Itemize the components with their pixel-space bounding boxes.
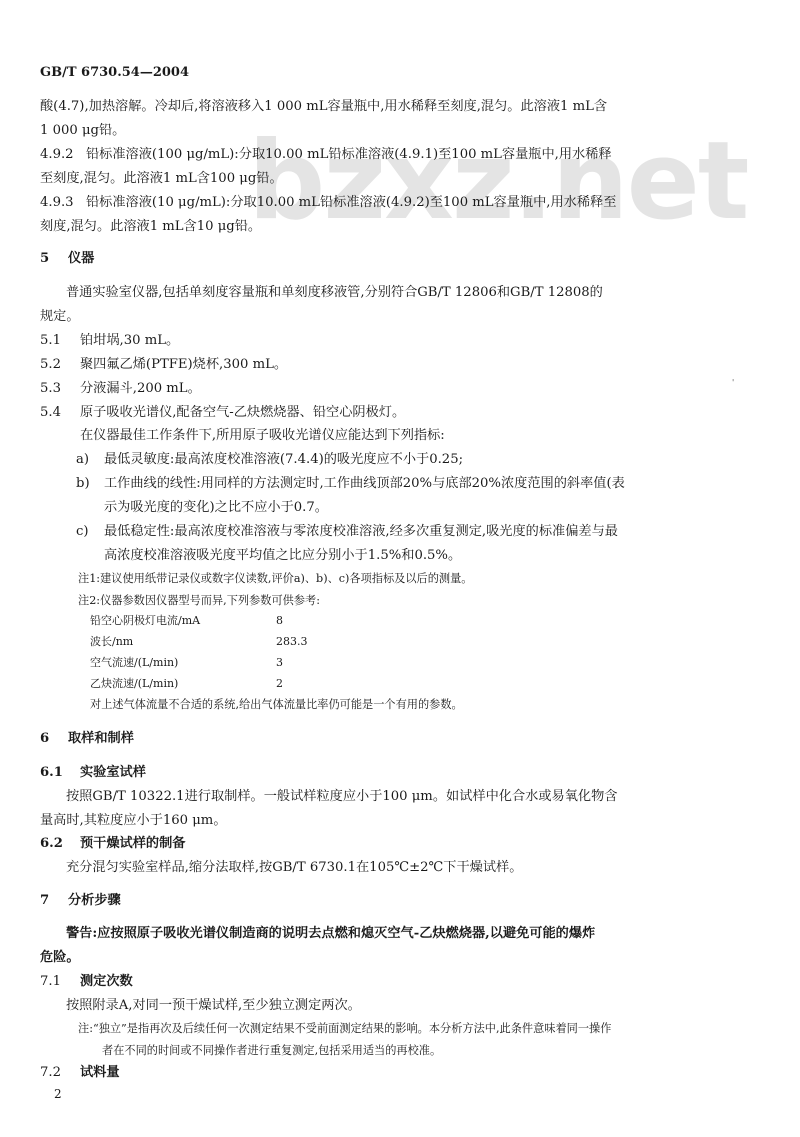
param-name: 铅空心阴极灯电流/mA	[90, 612, 200, 630]
instrument-params-table: 铅空心阴极灯电流/mA 8 波长/nm 283.3 空气流速/(L/min) 3…	[90, 612, 350, 702]
param-row: 空气流速/(L/min) 3	[90, 654, 350, 672]
section-title: 分析步骤	[68, 893, 121, 908]
clause-text: 铂坩埚,30 mL。	[80, 333, 179, 348]
criterion-text: 最低灵敏度:最高浓度校准溶液(7.4.4)的吸光度应不小于0.25;	[104, 452, 463, 467]
para-4-9-1-cont-line1: 酸(4.7),加热溶解。冷却后,将溶液移入1 000 mL容量瓶中,用水稀释至刻…	[40, 98, 607, 116]
clause-4-9-3-line2: 刻度,混匀。此溶液1 mL含10 μg铅。	[40, 218, 261, 236]
clause-text: 铅标准溶液(100 μg/mL):分取10.00 mL铅标准溶液(4.9.1)至…	[86, 147, 612, 162]
clause-5-4: 5.4原子吸收光谱仪,配备空气-乙炔燃烧器、铅空心阴极灯。	[40, 404, 405, 422]
clause-title: 预干燥试样的制备	[80, 836, 186, 851]
clause-number: 7.1	[40, 973, 80, 991]
section-number: 7	[40, 892, 68, 910]
clause-title: 试料量	[80, 1065, 120, 1080]
clause-7-1-line1: 按照附录A,对同一预干燥试样,至少独立测定两次。	[66, 997, 361, 1015]
param-value: 8	[276, 612, 283, 630]
clause-7-1-note-line2: 者在不同的时间或不同操作者进行重复测定,包括采用适当的再校准。	[102, 1042, 441, 1060]
clause-5-3: 5.3分液漏斗,200 mL。	[40, 380, 201, 398]
criterion-text: 最低稳定性:最高浓度校准溶液与零浓度校准溶液,经多次重复测定,吸光度的标准偏差与…	[104, 524, 618, 539]
document-page: GB/T 6730.54—2004 酸(4.7),加热溶解。冷却后,将溶液移入1…	[0, 0, 800, 1137]
clause-4-9-2: 4.9.2铅标准溶液(100 μg/mL):分取10.00 mL铅标准溶液(4.…	[40, 146, 612, 164]
para-4-9-1-cont-line2: 1 000 μg铅。	[40, 122, 125, 140]
note-2: 注2:仪器参数因仪器型号而异,下列参数可供参考:	[78, 592, 320, 610]
section-number: 5	[40, 250, 68, 268]
param-name: 空气流速/(L/min)	[90, 654, 178, 672]
scan-mark: '	[732, 378, 734, 387]
param-name: 乙炔流速/(L/min)	[90, 675, 178, 693]
section-6-heading: 6取样和制样	[40, 730, 134, 748]
clause-number: 6.1	[40, 764, 80, 782]
section-number: 6	[40, 730, 68, 748]
param-row: 乙炔流速/(L/min) 2	[90, 675, 350, 693]
param-name: 波长/nm	[90, 633, 133, 651]
criterion-label: b)	[76, 475, 104, 493]
clause-text: 原子吸收光谱仪,配备空气-乙炔燃烧器、铅空心阴极灯。	[80, 405, 405, 420]
clause-number: 5.1	[40, 332, 80, 350]
clause-number: 4.9.3	[40, 194, 86, 212]
standard-header: GB/T 6730.54—2004	[40, 64, 189, 82]
clause-title: 实验室试样	[80, 765, 146, 780]
clause-6-1-line2: 量高时,其粒度应小于160 μm。	[40, 812, 227, 830]
section-title: 仪器	[68, 251, 94, 266]
warning-line1: 警告:应按照原子吸收光谱仪制造商的说明去点燃和熄灭空气-乙炔燃烧器,以避免可能的…	[66, 925, 595, 943]
clause-text: 铅标准溶液(10 μg/mL):分取10.00 mL铅标准溶液(4.9.2)至1…	[86, 195, 616, 210]
clause-number: 5.4	[40, 404, 80, 422]
criteria-intro: 在仪器最佳工作条件下,所用原子吸收光谱仪应能达到下列指标:	[80, 427, 445, 445]
clause-4-9-2-line2: 至刻度,混匀。此溶液1 mL含100 μg铅。	[40, 170, 283, 188]
note-1: 注1:建议使用纸带记录仪或数字仪读数,评价a)、b)、c)各项指标及以后的测量。	[78, 570, 472, 588]
clause-text: 分液漏斗,200 mL。	[80, 381, 201, 396]
param-value: 2	[276, 675, 283, 693]
param-value: 3	[276, 654, 283, 672]
criterion-c-line2: 高浓度校准溶液吸光度平均值之比应分别小于1.5%和0.5%。	[104, 547, 461, 565]
clause-number: 6.2	[40, 835, 80, 853]
clause-title: 测定次数	[80, 974, 133, 989]
clause-5-2: 5.2聚四氟乙烯(PTFE)烧杯,300 mL。	[40, 356, 287, 374]
clause-6-2-heading: 6.2预干燥试样的制备	[40, 835, 186, 853]
clause-text: 聚四氟乙烯(PTFE)烧杯,300 mL。	[80, 357, 287, 372]
clause-number: 5.2	[40, 356, 80, 374]
criterion-label: c)	[76, 523, 104, 541]
param-value: 283.3	[276, 633, 308, 651]
clause-7-1-heading: 7.1测定次数	[40, 973, 133, 991]
section-title: 取样和制样	[68, 731, 134, 746]
clause-number: 5.3	[40, 380, 80, 398]
section-7-heading: 7分析步骤	[40, 892, 121, 910]
clause-4-9-3: 4.9.3铅标准溶液(10 μg/mL):分取10.00 mL铅标准溶液(4.9…	[40, 194, 616, 212]
clause-number: 7.2	[40, 1064, 80, 1082]
clause-6-1-line1: 按照GB/T 10322.1进行取制样。一般试样粒度应小于100 μm。如试样中…	[66, 788, 617, 806]
criterion-a: a)最低灵敏度:最高浓度校准溶液(7.4.4)的吸光度应不小于0.25;	[76, 451, 463, 469]
clause-6-2-line1: 充分混匀实验室样品,缩分法取样,按GB/T 6730.1在105℃±2℃下干燥试…	[66, 859, 522, 877]
clause-5-1: 5.1铂坩埚,30 mL。	[40, 332, 179, 350]
section-5-intro-line2: 规定。	[40, 308, 80, 326]
criterion-b: b)工作曲线的线性:用同样的方法测定时,工作曲线顶部20%与底部20%浓度范围的…	[76, 475, 625, 493]
params-footer: 对上述气体流量不合适的系统,给出气体流量比率仍可能是一个有用的参数。	[90, 696, 463, 714]
clause-number: 4.9.2	[40, 146, 86, 164]
criterion-label: a)	[76, 451, 104, 469]
clause-7-2-heading: 7.2试料量	[40, 1064, 120, 1082]
page-number: 2	[54, 1087, 62, 1101]
criterion-c: c)最低稳定性:最高浓度校准溶液与零浓度校准溶液,经多次重复测定,吸光度的标准偏…	[76, 523, 618, 541]
param-row: 波长/nm 283.3	[90, 633, 350, 651]
section-5-heading: 5仪器	[40, 250, 94, 268]
criterion-b-line2: 示为吸光度的变化)之比不应小于0.7。	[104, 499, 328, 517]
clause-6-1-heading: 6.1实验室试样	[40, 764, 146, 782]
section-5-intro-line1: 普通实验室仪器,包括单刻度容量瓶和单刻度移液管,分别符合GB/T 12806和G…	[66, 284, 603, 302]
param-row: 铅空心阴极灯电流/mA 8	[90, 612, 350, 630]
criterion-text: 工作曲线的线性:用同样的方法测定时,工作曲线顶部20%与底部20%浓度范围的斜率…	[104, 476, 625, 491]
warning-line2: 危险。	[40, 949, 80, 967]
clause-7-1-note-line1: 注:“独立”是指再次及后续任何一次测定结果不受前面测定结果的影响。本分析方法中,…	[78, 1020, 611, 1038]
